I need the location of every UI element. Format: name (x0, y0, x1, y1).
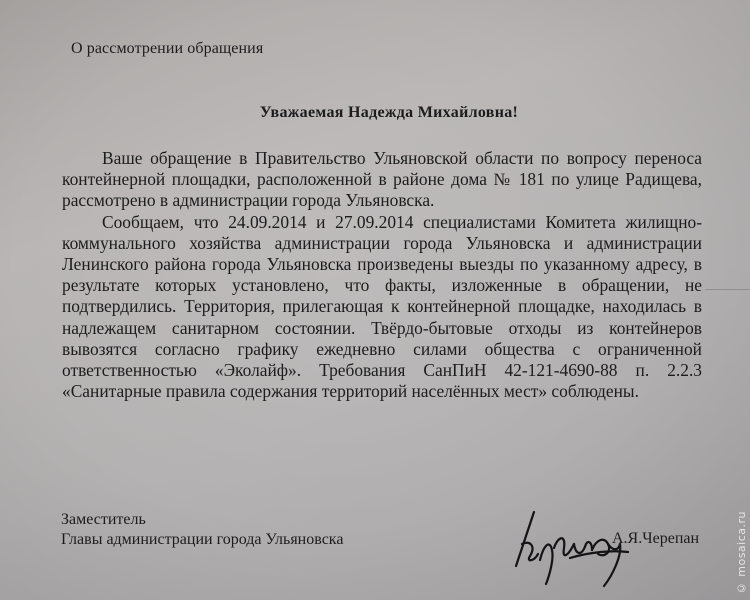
signatory-title-line-2: Главы администрации города Ульяновска (61, 530, 343, 550)
letter-paragraph: Сообщаем, что 24.09.2014 и 27.09.2014 сп… (62, 212, 702, 403)
signatory-title-line-1: Заместитель (61, 510, 343, 530)
letter-paragraph: Ваше обращение в Правительство Ульяновск… (62, 148, 702, 212)
letter-page: О рассмотрении обращения Уважаемая Надеж… (0, 0, 750, 600)
watermark: © mosaica.ru (735, 511, 748, 594)
letter-subject: О рассмотрении обращения (71, 40, 263, 58)
signatory-title: Заместитель Главы администрации города У… (61, 510, 343, 550)
paper-fold-line (705, 289, 750, 290)
letter-body: Ваше обращение в Правительство Ульяновск… (62, 148, 702, 402)
letter-salutation: Уважаемая Надежда Михайловна! (0, 104, 750, 122)
signatory-name: А.Я.Черепан (612, 530, 699, 548)
